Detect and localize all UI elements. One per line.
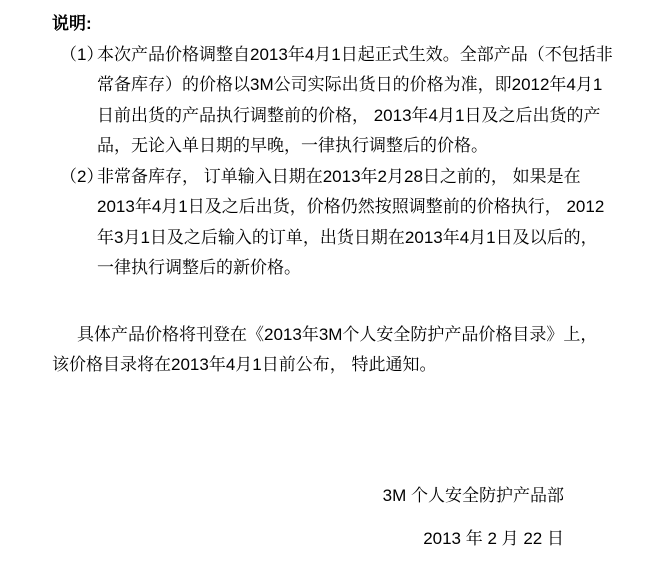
list-item: （2） 非常备库存， 订单输入日期在2013年2月28日之前的， 如果是在201… [52,162,614,284]
item-marker: （1） [60,40,103,71]
signature-department: 3M 个人安全防护产品部 [383,474,564,517]
list-item: （1） 本次产品价格调整自2013年4月1日起正式生效。全部产品（不包括非常备库… [52,40,614,162]
section-heading: 说明: [52,9,614,40]
item-marker: （2） [60,162,103,193]
document-page: 说明: （1） 本次产品价格调整自2013年4月1日起正式生效。全部产品（不包括… [0,0,662,566]
signature-date: 2013 年 2 月 22 日 [383,517,564,560]
signature-block: 3M 个人安全防护产品部 2013 年 2 月 22 日 [383,474,564,560]
item-text: 非常备库存， 订单输入日期在2013年2月28日之前的， 如果是在2013年4月… [97,167,604,278]
closing-paragraph: 具体产品价格将刊登在《2013年3M个人安全防护产品价格目录》上， 该价格目录将… [52,320,614,381]
numbered-list: （1） 本次产品价格调整自2013年4月1日起正式生效。全部产品（不包括非常备库… [52,40,614,284]
item-text: 本次产品价格调整自2013年4月1日起正式生效。全部产品（不包括非常备库存）的价… [97,45,613,156]
